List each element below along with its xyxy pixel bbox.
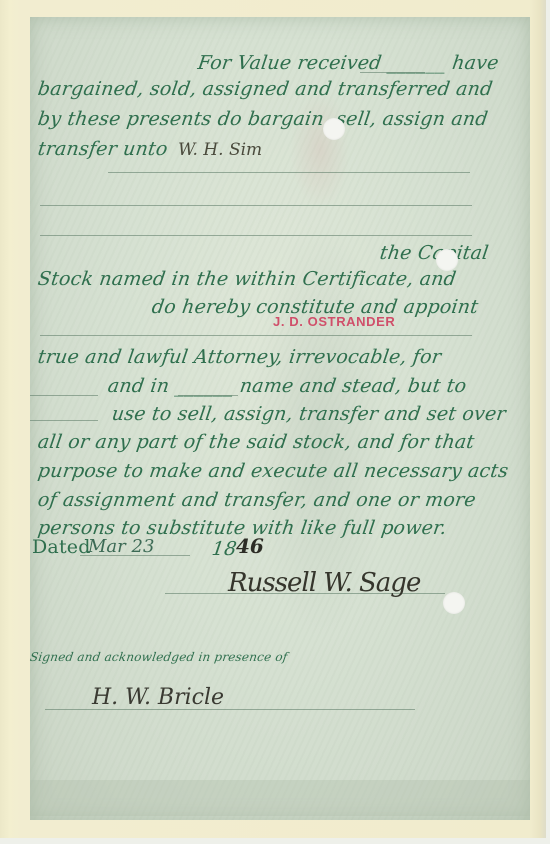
- text-line-2: bargained, sold, assigned and transferre…: [36, 78, 494, 100]
- punch-hole-1: [323, 118, 345, 140]
- blank-line-2: [40, 205, 472, 206]
- punch-hole-2: [436, 249, 458, 271]
- text-line-11: all or any part of the said stock, and f…: [36, 431, 475, 453]
- year-prefix: 18: [210, 538, 238, 560]
- text-line-3: by these presents do bargain, sell, assi…: [36, 108, 489, 130]
- blank-line-transferee: [108, 172, 470, 173]
- text-line-10: use to sell, assign, transfer and set ov…: [110, 403, 507, 425]
- text-line-1: For Value received ______ have: [196, 52, 500, 74]
- panel-border-band: [30, 780, 530, 816]
- blank-line-3: [40, 235, 472, 236]
- text-line-5: the Capital: [378, 242, 490, 264]
- transferee-handwriting: W. H. Sim: [178, 140, 262, 160]
- text-line-4: transfer unto: [36, 138, 169, 160]
- witness-signature: H. W. Bricle: [92, 685, 224, 710]
- seller-signature: Russell W. Sage: [228, 568, 420, 598]
- punch-hole-3: [443, 592, 465, 614]
- blank-line-and-in: [30, 395, 98, 396]
- dated-value: Mar 23: [88, 536, 154, 557]
- text-line-8: true and lawful Attorney, irrevocable, f…: [36, 346, 442, 368]
- text-line-9: and in ______ name and stead, but to: [106, 375, 467, 397]
- blank-line-use: [30, 420, 98, 421]
- witness-label: Signed and acknowledged in presence of: [29, 650, 288, 664]
- text-line-6: Stock named in the within Certificate, a…: [36, 268, 457, 290]
- blank-line-attorney: [40, 335, 472, 336]
- text-line-13: of assignment and transfer, and one or m…: [36, 489, 477, 511]
- dated-label: Dated: [32, 536, 91, 558]
- scan-margin: [0, 838, 550, 844]
- ostrander-stamp: J. D. OSTRANDER: [273, 314, 395, 329]
- year-value: 46: [236, 534, 264, 558]
- text-line-12: purpose to make and execute all necessar…: [36, 460, 509, 482]
